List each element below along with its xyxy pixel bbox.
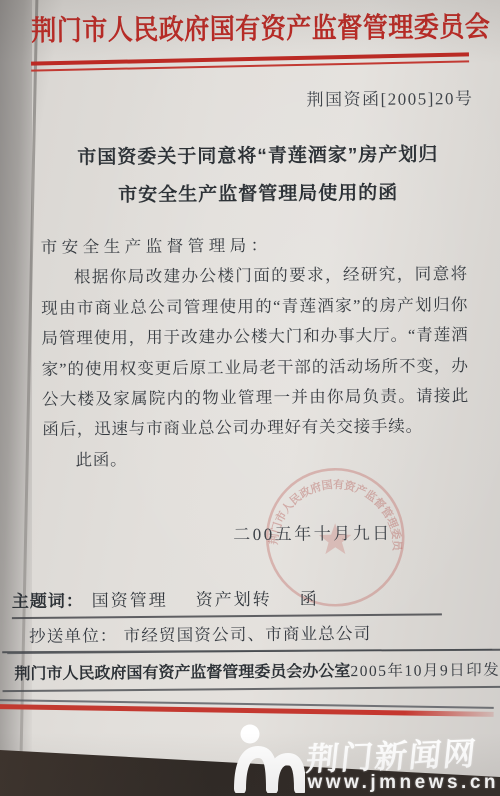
issuer-office: 荆门市人民政府国有资产监督管理委员会办公室: [14, 658, 350, 684]
letterhead-org-name: 荆门市人民政府国有资产监督管理委员会: [31, 5, 491, 49]
issuer-row: 荆门市人民政府国有资产监督管理委员会办公室 2005年10月9日印发: [2, 652, 500, 692]
subject-label: 主题词：: [12, 586, 84, 612]
subject-term: 函: [300, 584, 319, 609]
letter-body: 市安全生产监督管理局： 根据你局改建办公楼门面的要求，经研究，同意将现由市商业总…: [41, 229, 470, 476]
document-title-line1: 市国资委关于同意将“青莲酒家”房产划归: [26, 136, 490, 178]
photo-of-document: 荆门市人民政府国有资产监督管理委员会 荆国资函[2005]20号 市国资委关于同…: [0, 0, 500, 796]
sign-date: 二00五年十月九日: [233, 519, 392, 545]
jmnews-watermark: 荆门新闻网 www.jmnews.cn: [233, 723, 499, 793]
document-number: 荆国资函[2005]20号: [306, 84, 473, 110]
body-paragraph: 根据你局改建办公楼门面的要求，经研究，同意将现由市商业总公司管理使用的“青莲酒家…: [41, 260, 470, 446]
subject-term: 国资管理: [92, 586, 168, 612]
cc-value: 市经贸国资公司、市商业总公司: [123, 624, 371, 645]
letterhead-red-rule: [31, 52, 469, 71]
bottom-red-rule: [0, 699, 494, 717]
watermark-text: 荆门新闻网 www.jmnews.cn: [307, 739, 499, 793]
cc-label: 抄送单位：: [29, 626, 118, 646]
print-date: 2005年10月9日印发: [350, 658, 500, 681]
subject-term: 资产划转: [196, 585, 272, 611]
watermark-site-name: 荆门新闻网: [305, 736, 500, 777]
document-title-line2: 市安全生产监督管理局使用的函: [26, 174, 490, 216]
document-title: 市国资委关于同意将“青莲酒家”房产划归 市安全生产监督管理局使用的函: [26, 136, 491, 216]
jmnews-logo-m-icon: [233, 723, 305, 793]
official-letter: 荆门市人民政府国有资产监督管理委员会 荆国资函[2005]20号 市国资委关于同…: [0, 0, 500, 796]
salutation: 市安全生产监督管理局：: [41, 229, 468, 263]
subject-terms-row: 主题词： 国资管理 资产划转 函: [12, 583, 442, 619]
